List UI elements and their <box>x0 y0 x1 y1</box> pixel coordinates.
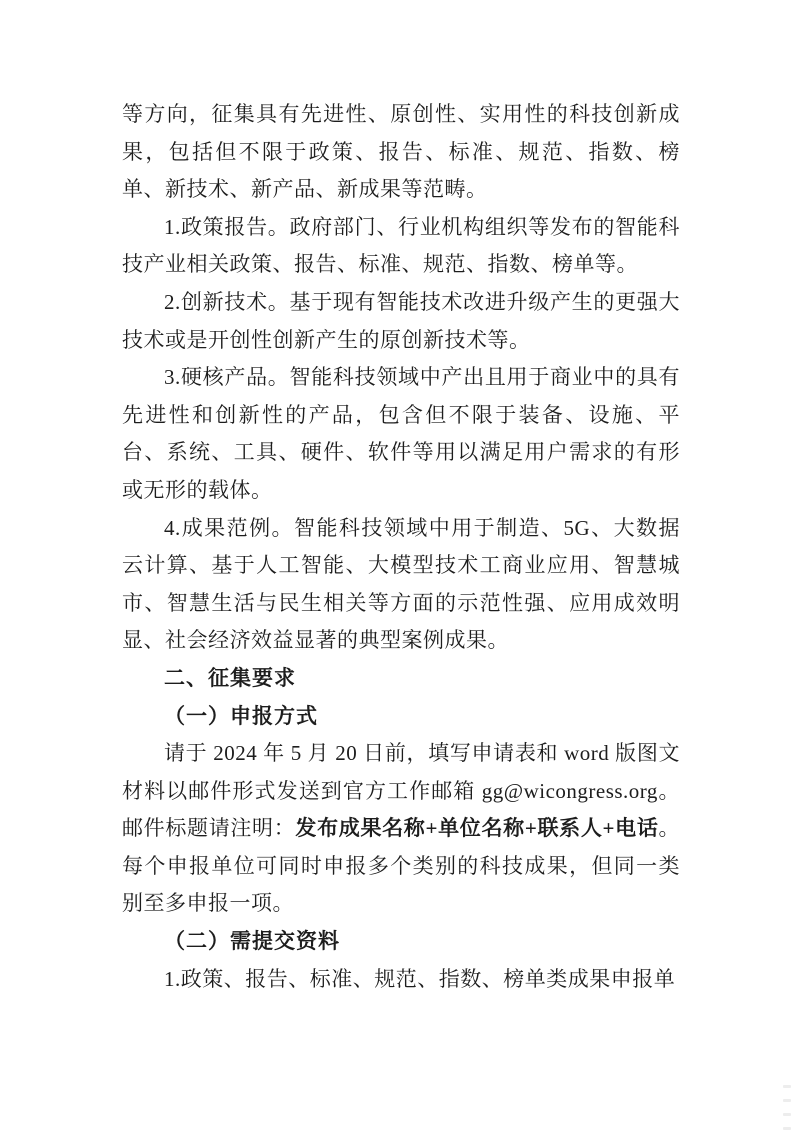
page-edge-scroll-artifact <box>783 1085 791 1130</box>
paragraph-materials-list-start: 1.政策、报告、标准、规范、指数、榜单类成果申报单 <box>122 961 680 999</box>
scroll-artifact-dash <box>783 1099 791 1102</box>
subsection-heading-application-method: （一）申报方式 <box>122 698 680 736</box>
paragraph-policy-report: 1.政策报告。政府部门、行业机构组织等发布的智能科技产业相关政策、报告、标准、规… <box>122 209 680 284</box>
paragraph-scope-continuation: 等方向，征集具有先进性、原创性、实用性的科技创新成果，包括但不限于政策、报告、标… <box>122 96 680 209</box>
scroll-artifact-dash <box>783 1085 791 1088</box>
paragraph-innovative-technology: 2.创新技术。基于现有智能技术改进升级产生的更强大技术或是开创性创新产生的原创新… <box>122 284 680 359</box>
subsection-heading-required-materials: （二）需提交资料 <box>122 923 680 961</box>
document-body: 等方向，征集具有先进性、原创性、实用性的科技创新成果，包括但不限于政策、报告、标… <box>122 96 680 998</box>
scroll-artifact-dash <box>783 1127 791 1130</box>
paragraph-hardcore-product: 3.硬核产品。智能科技领域中产出且用于商业中的具有先进性和创新性的产品，包含但不… <box>122 359 680 509</box>
document-page: 等方向，征集具有先进性、原创性、实用性的科技创新成果，包括但不限于政策、报告、标… <box>0 0 800 1132</box>
scroll-artifact-dash <box>783 1113 791 1116</box>
paragraph-application-method: 请于 2024 年 5 月 20 日前，填写申请表和 word 版图文材料以邮件… <box>122 735 680 923</box>
application-email-subject-format: 发布成果名称+单位名称+联系人+电话 <box>295 816 658 840</box>
paragraph-achievement-examples: 4.成果范例。智能科技领域中用于制造、5G、大数据云计算、基于人工智能、大模型技… <box>122 510 680 660</box>
section-heading-collection-requirements: 二、征集要求 <box>122 660 680 698</box>
